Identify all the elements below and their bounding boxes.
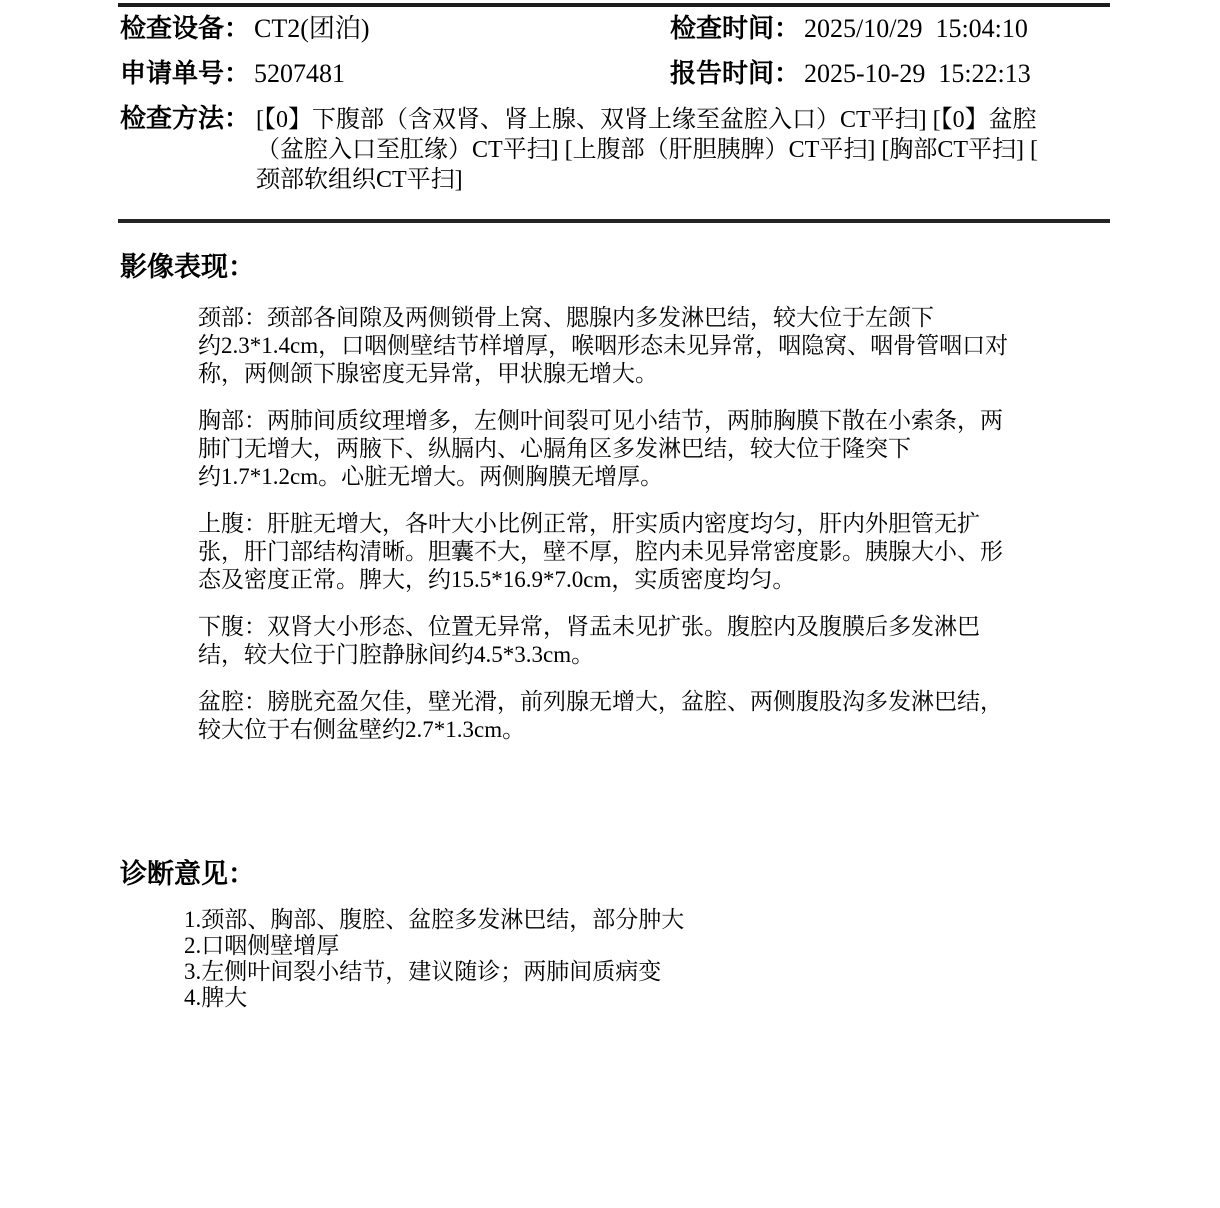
- device-label: 检查设备：: [120, 15, 250, 43]
- request-no-field: 申请单号： 5207481: [120, 60, 670, 88]
- report-time-field: 报告时间： 2025-10-29 15:22:13: [670, 60, 1110, 88]
- report-content: 检查设备： CT2(团泊) 检查时间： 2025/10/29 15:04:10 …: [0, 0, 1220, 1011]
- diagnosis-item-3: 3.左侧叶间裂小结节，建议随诊；两肺间质病变: [184, 959, 1124, 985]
- findings-section: 影像表现： 颈部：颈部各间隙及两侧锁骨上窝、腮腺内多发淋巴结，较大位于左颌下 约…: [120, 252, 1110, 744]
- section-divider: [118, 219, 1110, 223]
- exam-time-label: 检查时间：: [670, 15, 800, 43]
- diagnosis-section: 诊断意见： 1.颈部、胸部、腹腔、盆腔多发淋巴结，部分肿大 2.口咽侧壁增厚 3…: [120, 859, 1110, 1011]
- finding-paragraph-chest: 胸部：两肺间质纹理增多，左侧叶间裂可见小结节，两肺胸膜下散在小索条，两 肺门无增…: [198, 407, 1138, 491]
- exam-time-field: 检查时间： 2025/10/29 15:04:10: [670, 15, 1110, 43]
- diagnosis-item-1: 1.颈部、胸部、腹腔、盆腔多发淋巴结，部分肿大: [184, 907, 1124, 933]
- device-field: 检查设备： CT2(团泊): [120, 15, 670, 43]
- findings-paragraphs: 颈部：颈部各间隙及两侧锁骨上窝、腮腺内多发淋巴结，较大位于左颌下 约2.3*1.…: [198, 304, 1138, 744]
- method-field: 检查方法： [【0】下腹部（含双肾、肾上腺、双肾上缘至盆腔入口）CT平扫] [【…: [120, 105, 1110, 195]
- top-divider: [118, 3, 1110, 7]
- request-no-label: 申请单号：: [120, 60, 250, 88]
- request-no-value: 5207481: [250, 60, 345, 88]
- report-header: 检查设备： CT2(团泊) 检查时间： 2025/10/29 15:04:10 …: [120, 15, 1110, 195]
- diagnosis-item-2: 2.口咽侧壁增厚: [184, 933, 1124, 959]
- diagnosis-list: 1.颈部、胸部、腹腔、盆腔多发淋巴结，部分肿大 2.口咽侧壁增厚 3.左侧叶间裂…: [184, 907, 1124, 1011]
- header-row-1: 检查设备： CT2(团泊) 检查时间： 2025/10/29 15:04:10: [120, 15, 1110, 43]
- report-time-value: 2025-10-29 15:22:13: [800, 60, 1031, 88]
- diagnosis-heading: 诊断意见：: [120, 859, 1110, 889]
- diagnosis-item-4: 4.脾大: [184, 985, 1124, 1011]
- exam-time-value: 2025/10/29 15:04:10: [800, 15, 1028, 43]
- header-row-2: 申请单号： 5207481 报告时间： 2025-10-29 15:22:13: [120, 60, 1110, 88]
- finding-paragraph-neck: 颈部：颈部各间隙及两侧锁骨上窝、腮腺内多发淋巴结，较大位于左颌下 约2.3*1.…: [198, 304, 1138, 388]
- findings-heading: 影像表现：: [120, 252, 1110, 282]
- device-value: CT2(团泊): [250, 15, 370, 43]
- method-label: 检查方法：: [120, 105, 250, 133]
- ct-report-page: 检查设备： CT2(团泊) 检查时间： 2025/10/29 15:04:10 …: [0, 0, 1220, 1208]
- finding-paragraph-lower-abdomen: 下腹：双肾大小形态、位置无异常，肾盂未见扩张。腹腔内及腹膜后多发淋巴 结，较大位…: [198, 613, 1138, 669]
- finding-paragraph-upper-abdomen: 上腹：肝脏无增大，各叶大小比例正常，肝实质内密度均匀，肝内外胆管无扩 张，肝门部…: [198, 510, 1138, 594]
- report-time-label: 报告时间：: [670, 60, 800, 88]
- method-value: [【0】下腹部（含双肾、肾上腺、双肾上缘至盆腔入口）CT平扫] [【0】盆腔 （…: [250, 105, 1100, 195]
- finding-paragraph-pelvis: 盆腔：膀胱充盈欠佳，壁光滑，前列腺无增大，盆腔、两侧腹股沟多发淋巴结， 较大位于…: [198, 688, 1138, 744]
